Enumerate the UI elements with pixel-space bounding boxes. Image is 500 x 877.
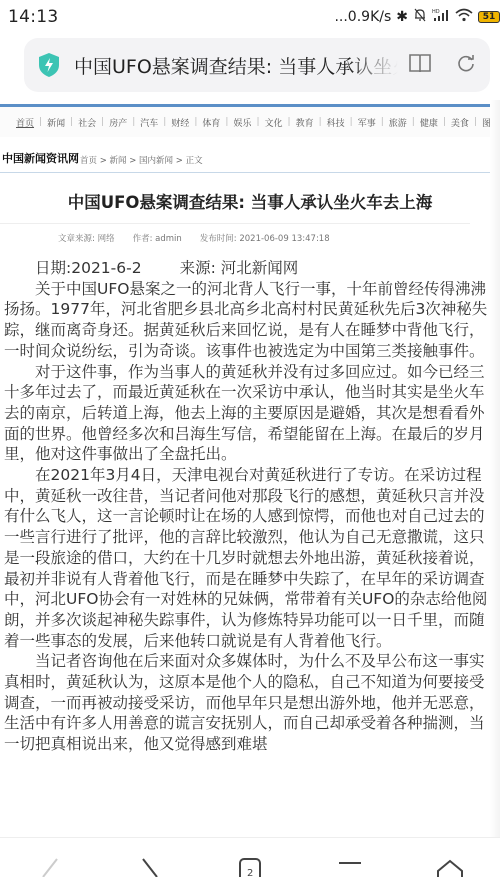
wifi-icon xyxy=(455,8,473,26)
menu-button[interactable] xyxy=(330,847,370,877)
paragraph: 当记者咨询他在后来面对众多媒体时，为什么不及早公布这一事实真相时，黄延秋认为，这… xyxy=(4,651,496,755)
article-body: 日期:2021-6-2 来源: 河北新闻网 关于中国UFO悬案之一的河北背人飞行… xyxy=(0,258,500,755)
nav-item[interactable]: 新闻 xyxy=(42,116,70,129)
address-bar[interactable]: 中国UFO悬案调查结果: 当事人承认坐火车去上海 xyxy=(24,38,490,92)
svg-text:HD: HD xyxy=(432,9,440,15)
nav-item[interactable]: 房产 xyxy=(104,116,132,129)
nav-item[interactable]: 汽车 xyxy=(135,116,163,129)
nav-item[interactable]: 军事 xyxy=(353,116,381,129)
status-icons: ...0.9K/s ✱ HD 51 xyxy=(334,8,500,26)
refresh-icon[interactable] xyxy=(456,53,476,77)
menu-icon xyxy=(335,857,365,877)
status-time: 14:13 xyxy=(8,7,59,27)
svg-text:2: 2 xyxy=(247,868,253,877)
site-nav: 首页| 新闻| 社会| 房产| 汽车| 财经| 体育| 娱乐| 文化| 教育| … xyxy=(0,107,500,137)
nav-item[interactable]: 旅游 xyxy=(384,116,412,129)
nav-item[interactable]: 美食 xyxy=(446,116,474,129)
nav-item[interactable]: 文化 xyxy=(260,116,288,129)
home-button[interactable] xyxy=(430,847,470,877)
forward-icon xyxy=(135,857,165,877)
article-published: 发布时间: 2021-06-09 13:47:18 xyxy=(200,232,330,244)
article-source: 文章来源: 网络 xyxy=(58,232,115,244)
nav-item[interactable]: 娱乐 xyxy=(228,116,256,129)
article-origin: 来源: 河北新闻网 xyxy=(180,258,299,279)
bluetooth-icon: ✱ xyxy=(396,9,408,25)
article-author: 作者: admin xyxy=(133,232,182,244)
nav-item[interactable]: 教育 xyxy=(291,116,319,129)
page-title-in-address-bar[interactable]: 中国UFO悬案调查结果: 当事人承认坐火车去上海 xyxy=(74,52,398,79)
forward-button[interactable] xyxy=(130,847,170,877)
status-bar: 14:13 ...0.9K/s ✱ HD 51 xyxy=(0,0,500,34)
article-date: 日期:2021-6-2 xyxy=(35,258,142,279)
divider xyxy=(0,223,470,224)
nav-item[interactable]: 财经 xyxy=(166,116,194,129)
battery-icon: 51 xyxy=(478,11,500,23)
paragraph: 对于这件事，作为当事人的黄延秋并没有过多回应过。如今已经三十多年过去了，而最近黄… xyxy=(4,362,496,466)
mute-bell-icon xyxy=(413,8,427,26)
article-meta: 文章来源: 网络 作者: admin 发布时间: 2021-06-09 13:4… xyxy=(0,232,500,244)
web-page: 首页| 新闻| 社会| 房产| 汽车| 财经| 体育| 娱乐| 文化| 教育| … xyxy=(0,100,500,839)
nav-item[interactable]: 科技 xyxy=(322,116,350,129)
paragraph: 关于中国UFO悬案之一的河北背人飞行一事，十年前曾经传得沸沸扬扬。1977年，河… xyxy=(4,279,496,362)
shield-icon[interactable] xyxy=(38,52,60,78)
browser-bottom-toolbar: 2 xyxy=(0,837,500,877)
home-icon xyxy=(435,857,465,877)
breadcrumb[interactable]: 首页 > 新闻 > 国内新闻 > 正文 xyxy=(80,154,203,166)
brand-row: 中国新闻资讯网 首页 > 新闻 > 国内新闻 > 正文 xyxy=(0,137,500,173)
back-button[interactable] xyxy=(30,847,70,877)
site-logo[interactable]: 中国新闻资讯网 xyxy=(2,150,79,166)
signal-icon: HD xyxy=(432,8,450,26)
nav-item-home[interactable]: 首页 xyxy=(16,116,39,129)
network-speed: ...0.9K/s xyxy=(334,9,391,25)
page-edge xyxy=(490,100,500,837)
tabs-icon: 2 xyxy=(235,857,265,877)
nav-item[interactable]: 社会 xyxy=(73,116,101,129)
back-icon xyxy=(35,857,65,877)
nav-item[interactable]: 体育 xyxy=(197,116,225,129)
paragraph: 在2021年3月4日，天津电视台对黄延秋进行了专访。在采访过程中，黄延秋一改往昔… xyxy=(4,465,496,651)
date-source-line: 日期:2021-6-2 来源: 河北新闻网 xyxy=(4,258,496,279)
nav-item[interactable]: 健康 xyxy=(415,116,443,129)
tabs-button[interactable]: 2 xyxy=(230,847,270,877)
article-title: 中国UFO悬案调查结果: 当事人承认坐火车去上海 xyxy=(0,189,500,213)
reader-mode-icon[interactable] xyxy=(408,52,432,78)
